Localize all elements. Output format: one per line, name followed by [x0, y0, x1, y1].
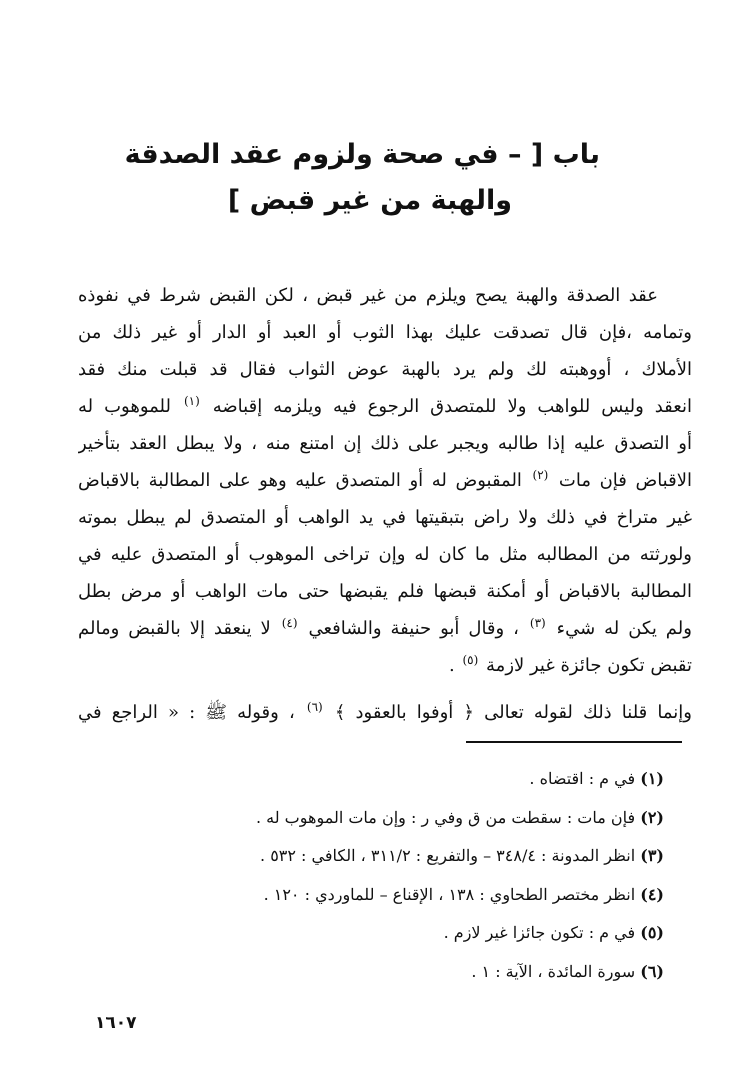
- footnote-4: (٤) انظر مختصر الطحاوي : ١٣٨ ، الإقناع –…: [104, 876, 664, 915]
- footnotes: (١) في م : اقتضاه . (٢) فإن مات : سقطت م…: [104, 760, 664, 991]
- text-line: وإنما قلنا ذلك لقوله تعالى ﴿ أوفوا بالعق…: [78, 694, 692, 731]
- text-line: انعقد وليس للواهب ولا للمتصدق الرجوع فيه…: [78, 388, 692, 425]
- text-line: تقبض تكون جائزة غير لازمة (٥) .: [78, 647, 692, 684]
- chapter-title-line-1: باب [ – في صحة ولزوم عقد الصدقة: [180, 132, 600, 178]
- footnote-3: (٣) انظر المدونة : ٣٤٨/٤ – والتفريع : ٣١…: [104, 837, 664, 876]
- text-line: عقد الصدقة والهبة يصح ويلزم من غير قبض ،…: [78, 277, 692, 314]
- chapter-title: باب [ – في صحة ولزوم عقد الصدقة والهبة م…: [180, 132, 600, 224]
- text-line: ولم يكن له شيء (٣) ، وقال أبو حنيفة والش…: [78, 610, 692, 647]
- footnote-ref-2[interactable]: (٢): [531, 468, 551, 482]
- text-line: أو التصدق عليه إذا طالبه ويجبر على ذلك إ…: [78, 425, 692, 462]
- footnote-2: (٢) فإن مات : سقطت من ق وفي ر : وإن مات …: [104, 799, 664, 838]
- footnote-separator: [466, 741, 682, 743]
- text-line: الأملاك ، أووهبته لك ولم يرد بالهبة عوض …: [78, 351, 692, 388]
- footnote-6: (٦) سورة المائدة ، الآية : ١ .: [104, 953, 664, 992]
- text-line: الاقباض فإن مات (٢) المقبوض له أو المتصد…: [78, 462, 692, 499]
- text-line: ولورثته من المطالبه مثل ما كان له وإن تر…: [78, 536, 692, 573]
- main-text: عقد الصدقة والهبة يصح ويلزم من غير قبض ،…: [78, 277, 692, 731]
- chapter-title-line-2: والهبة من غير قبض ]: [180, 178, 600, 224]
- footnote-ref-6[interactable]: (٦): [305, 700, 325, 714]
- paragraph-gap: [78, 684, 692, 694]
- footnote-ref-5[interactable]: (٥): [460, 653, 480, 667]
- book-page: باب [ – في صحة ولزوم عقد الصدقة والهبة م…: [0, 0, 752, 1086]
- text-line: المطالبة بالاقباض أو أمكنة قبضها فلم يقب…: [78, 573, 692, 610]
- footnote-5: (٥) في م : تكون جائزا غير لازم .: [104, 914, 664, 953]
- footnote-1: (١) في م : اقتضاه .: [104, 760, 664, 799]
- text-line: وتمامه ،فإن قال تصدقت عليك بهذا الثوب أو…: [78, 314, 692, 351]
- page-number: ١٦٠٧: [95, 1013, 137, 1033]
- footnote-ref-3[interactable]: (٣): [528, 616, 548, 630]
- text-line: غير متراخ في ذلك ولا راض بتبقيتها في يد …: [78, 499, 692, 536]
- footnote-ref-4[interactable]: (٤): [280, 616, 300, 630]
- quran-quote: ﴿ أوفوا بالعقود ﴾: [335, 702, 474, 723]
- footnote-ref-1[interactable]: (١): [182, 394, 202, 408]
